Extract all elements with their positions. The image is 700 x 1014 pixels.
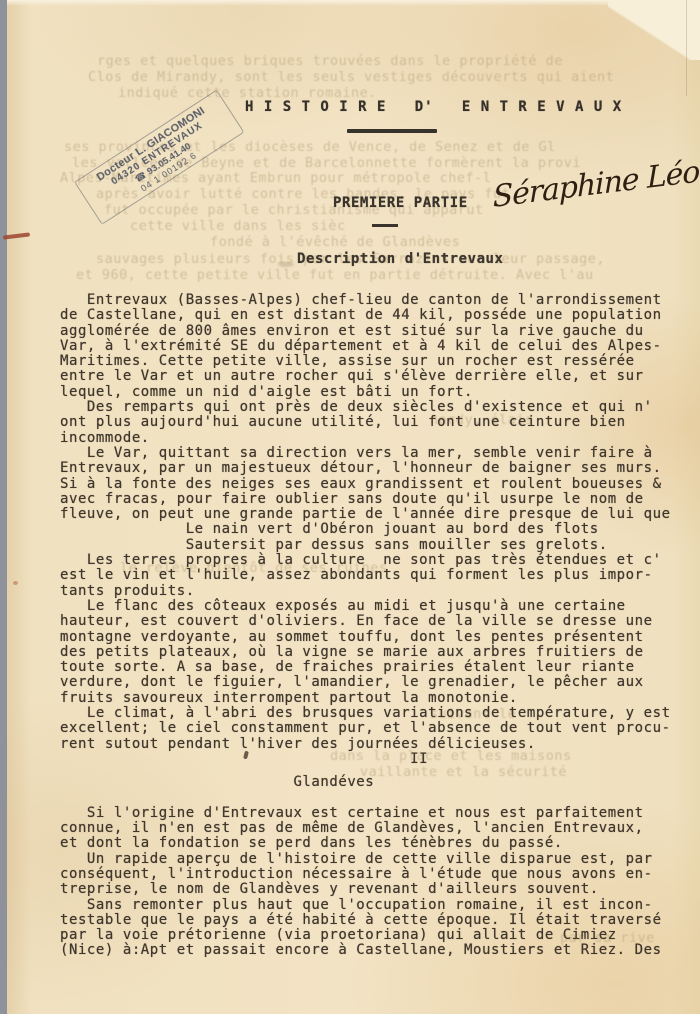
text-line <box>60 791 696 806</box>
text-line: des petits plateaux, où la vigne se mari… <box>60 645 696 660</box>
text-line: rent sutout pendant l'hiver des journées… <box>60 737 696 752</box>
text-line: II <box>60 752 696 767</box>
scanned-document-screenshot: { "document": { "title": "H I S T O I R … <box>0 0 700 1014</box>
text-line: montagne verdoyante, au sommet touffu, d… <box>60 630 696 645</box>
text-line: Le flanc des côteaux exposés au midi et … <box>60 599 696 614</box>
text-line: de Castellane, qui en est distant de 44 … <box>60 308 696 323</box>
text-line: et dont la fondation se perd dans les té… <box>60 836 696 851</box>
text-line: (Nice) à:Apt et passait encore à Castell… <box>60 943 696 958</box>
page-top-edge <box>7 0 700 6</box>
text-line: lequel, comme un nid d'aigle est bâti un… <box>60 385 696 400</box>
text-line: Le Var, quittant sa direction vers la me… <box>60 446 696 461</box>
section-heading: Description d'Entrevaux <box>297 251 504 267</box>
text-line: Si à la fonte des neiges ses eaux grandi… <box>60 477 696 492</box>
part-heading-dash <box>372 224 398 227</box>
text-line: tants produits. <box>60 584 696 599</box>
text-line: verdure, dont le figuier, l'amandier, le… <box>60 675 696 690</box>
part-heading: PREMIERE PARTIE <box>333 195 468 211</box>
text-line: Glandéves <box>60 775 696 790</box>
text-line: entre le Var et un autre rocher qui s'él… <box>60 369 696 384</box>
body-lines: Entrevaux (Basses-Alpes) chef-lieu de ca… <box>60 293 696 959</box>
text-line: Un rapide aperçu de l'histoire de cette … <box>60 852 696 867</box>
text-line: agglomérée de 800 âmes environ et est si… <box>60 324 696 339</box>
text-line: Sans remonter plus haut que l'occupation… <box>60 898 696 913</box>
rust-dot <box>13 581 18 585</box>
text-line: testable que le pays a été habité à cett… <box>60 913 696 928</box>
text-line: Var, à l'extrémité SE du département et … <box>60 339 696 354</box>
text-line: est le vin et l'huile, assez abondants q… <box>60 568 696 583</box>
text-line: excellent; le ciel constamment pur, et l… <box>60 721 696 736</box>
text-line: conséquent, l'introduction nécessaire à … <box>60 867 696 882</box>
text-line: incommode. <box>60 431 696 446</box>
fold-crease-line <box>686 0 687 96</box>
document-title: H I S T O I R E D' E N T R E V A U X <box>245 99 622 115</box>
text-line: avec fracas, pour faire oublier sans dou… <box>60 492 696 507</box>
text-line: Le climat, à l'abri des brusques variati… <box>60 706 696 721</box>
text-line: Le nain vert d'Obéron jouant au bord des… <box>60 522 696 537</box>
title-underline <box>347 129 437 133</box>
text-line: Sautersit par dessus sans mouiller ses g… <box>60 538 696 553</box>
text-line: fruits savoureux interrompent partout la… <box>60 691 696 706</box>
text-line: Entrevaux (Basses-Alpes) chef-lieu de ca… <box>60 293 696 308</box>
text-line: ont plus aujourd'hui aucune utilité, lui… <box>60 415 696 430</box>
text-line: Les terres propres à la culture ne sont … <box>60 553 696 568</box>
ink-smudge <box>278 262 294 267</box>
text-line: Entrevaux, par un majestueux détour, l'h… <box>60 461 696 476</box>
text-line: hauteur, est couvert d'oliviers. En face… <box>60 614 696 629</box>
text-line: treprise, le nom de Glandèves y revenant… <box>60 882 696 897</box>
text-line: Si l'origine d'Entrevaux est certaine et… <box>60 806 696 821</box>
